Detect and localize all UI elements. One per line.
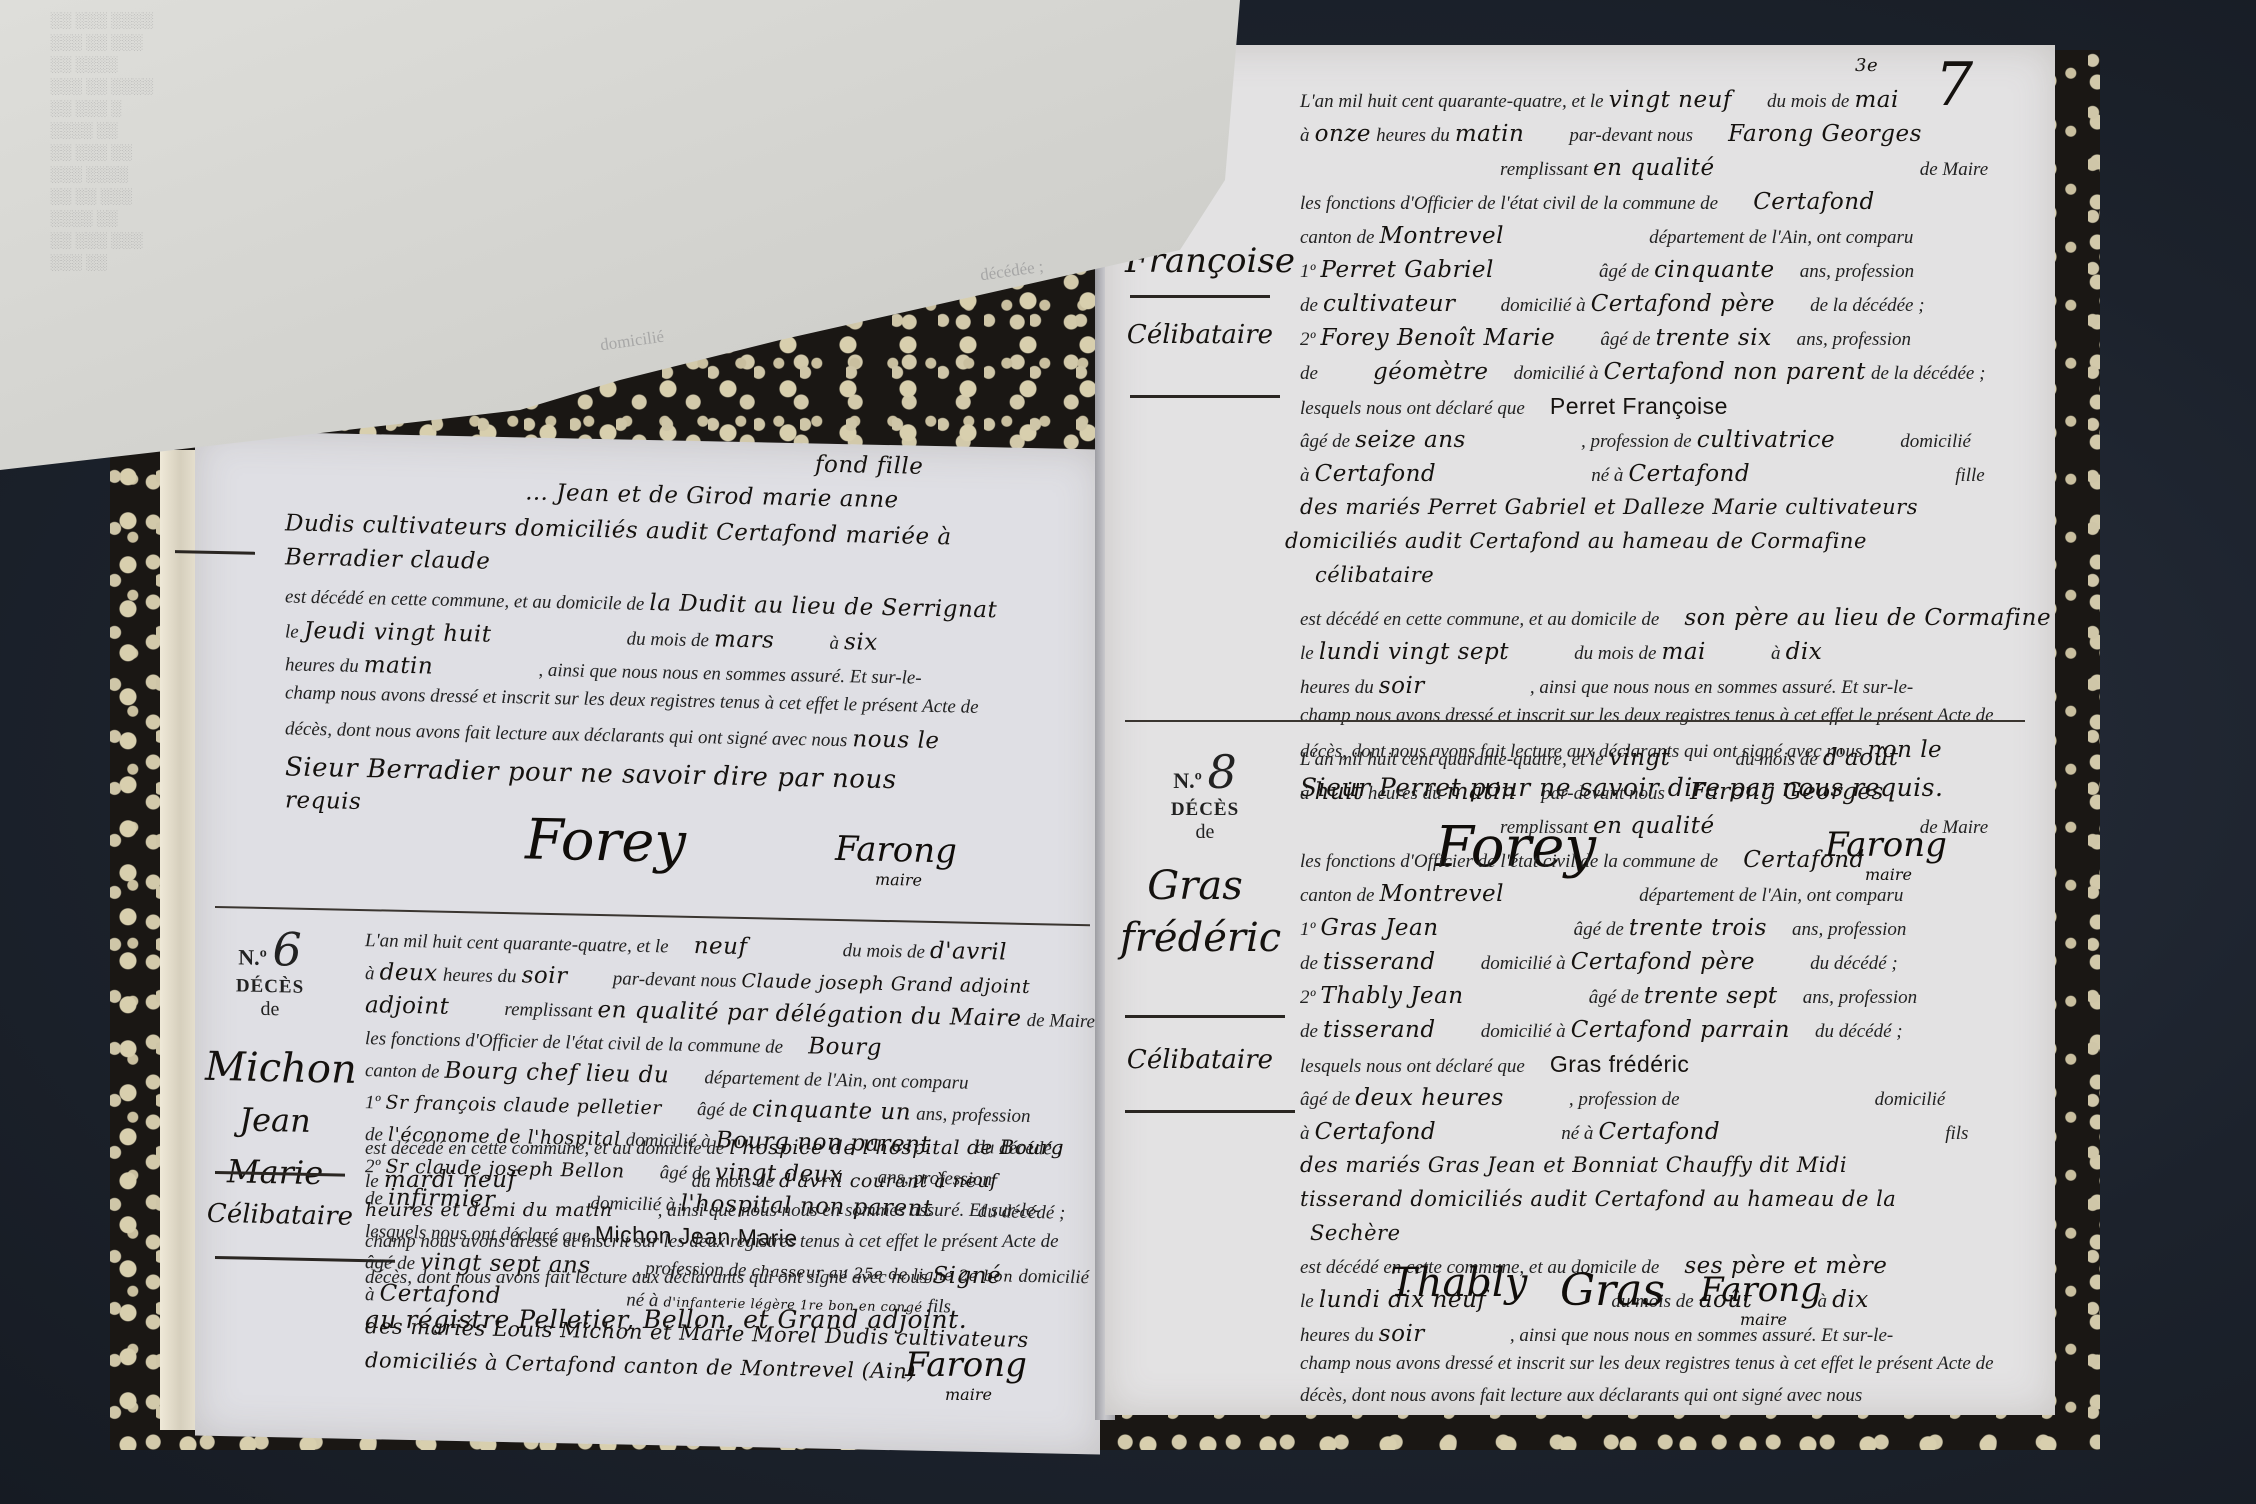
entry-separator — [215, 906, 1090, 926]
signature-thably: Thably — [1390, 1260, 1527, 1306]
folio-note: 3e — [1855, 55, 1878, 76]
margin-divider — [1130, 395, 1280, 398]
signature-gras: Gras — [1560, 1265, 1665, 1316]
parents-line-1: des mariés Perret Gabriel et Dalleze Mar… — [1300, 495, 1918, 519]
closing-declaration: Sieur Berradier pour ne savoir dire par … — [285, 752, 897, 795]
canton-line: canton de Bourg chef lieu du département… — [365, 1056, 969, 1095]
death-hour-line: heures et demi du matin , ainsi que nous… — [365, 1199, 1041, 1222]
closing-line-2: décès, dont nous avons fait lecture aux … — [365, 1263, 1001, 1289]
deceased-age-line: âgé de seize ans , profession de cultiva… — [1300, 427, 1971, 453]
entry-number: 8 — [1207, 745, 1236, 799]
entry-8-header: N.º 8 DÉCÈS de — [1130, 745, 1280, 844]
witness-2-line: 2º Forey Benoît Marie âgé de trente six … — [1300, 325, 1911, 351]
date-line: L'an mil huit cent quarante-quatre, et l… — [1300, 745, 1899, 771]
status-line: célibataire — [1315, 563, 1434, 587]
commune-line: les fonctions d'Officier de l'état civil… — [1300, 189, 1875, 215]
birthplace-line: à Certafond né à Certafond fils — [1300, 1119, 1968, 1145]
death-date-line: le mardi neuf du mois de d'avril courant… — [365, 1167, 997, 1193]
witness-2-domicile-line: de tisserand domicilié à Certafond parra… — [1300, 1017, 1903, 1043]
margin-divider — [1125, 1015, 1285, 1018]
loose-domicilie: domicilié — [599, 326, 666, 357]
birthplace-line: à Certafond né à Certafond fille — [1300, 461, 1985, 487]
entry-6-header: N.º 6 DÉCÈS de — [215, 921, 325, 1022]
death-place-line: est décédé en cette commune, et au domic… — [365, 1135, 1064, 1160]
commune-line: les fonctions d'Officier de l'état civil… — [365, 1024, 882, 1061]
death-place-line: est décédé en cette commune, et au domic… — [1300, 605, 2051, 631]
closing-line-1: champ nous avons dressé et inscrit sur l… — [365, 1231, 1059, 1253]
witness-2-line: 2º Thably Jean âgé de trente sept ans, p… — [1300, 983, 1917, 1009]
parents-line-1: des mariés Gras Jean et Bonniat Chauffy … — [1300, 1153, 1847, 1177]
death-date-line: le Jeudi vingt huit du mois de mars à si… — [285, 617, 878, 655]
signature-forey: Forey — [525, 807, 686, 875]
date-line: L'an mil huit cent quarante-quatre, et l… — [1300, 87, 1899, 113]
death-hour-line: heures du soir , ainsi que nous nous en … — [1300, 673, 1913, 699]
margin-divider — [1130, 295, 1270, 298]
signature-mayor: Farong maire — [835, 829, 957, 891]
canton-line: canton de Montrevel département de l'Ain… — [1300, 223, 1913, 249]
witness-1-line: 1º Gras Jean âgé de trente trois ans, pr… — [1300, 915, 1906, 941]
witness-1-domicile-line: de cultivateur domicilié à Certafond pèr… — [1300, 291, 1925, 317]
hour-officer-line: à deux heures du soir par-devant nous Cl… — [365, 959, 1030, 999]
witness-1-domicile-line: de tisserand domicilié à Certafond père … — [1300, 949, 1898, 975]
parents-line-2: domiciliés audit Certafond au hameau de … — [1285, 529, 1867, 553]
closing-line-2: décès, dont nous avons fait lecture aux … — [285, 714, 939, 754]
hour-officer-line: à huit heures du matin par-devant nous F… — [1300, 779, 1884, 805]
closing-requis: requis — [285, 787, 361, 815]
role-line: remplissant en qualité de Maire — [1300, 813, 1988, 839]
death-date-line: le lundi vingt sept du mois de mai à dix — [1300, 639, 1822, 665]
loose-decedee: décédée ; — [979, 256, 1045, 287]
bleed-through-text: ░░ ░░░ ░░░░░░░ ░░ ░░░░░ ░░░░░░░ ░░ ░░░░░… — [50, 10, 170, 274]
margin-divider — [1125, 1110, 1295, 1113]
partial-line-3: Berradier claude — [285, 544, 490, 574]
hour-officer-line: à onze heures du matin par-devant nous F… — [1300, 121, 1922, 147]
witness-2-domicile-line: de géomètre domicilié à Certafond non pa… — [1300, 359, 1985, 385]
signature-note: au régistre Pelletier, Bellon, et Grand … — [365, 1305, 967, 1334]
deceased-age-line: âgé de deux heures , profession de domic… — [1300, 1085, 1945, 1111]
folio-number: 7 — [1935, 50, 1973, 120]
deceased-line: lesquels nous ont déclaré que Gras frédé… — [1300, 1051, 1689, 1078]
margin-status: Célibataire — [1125, 1045, 1275, 1075]
partial-line-1: … Jean et de Girod marie anne — [525, 479, 899, 513]
margin-deceased-name: Gras frédéric — [1120, 860, 1270, 964]
margin-status: Célibataire — [1125, 320, 1275, 350]
date-line: L'an mil huit cent quarante-quatre, et l… — [365, 926, 1007, 965]
parents-line-2: domiciliés à Certafond canton de Montrev… — [365, 1348, 916, 1384]
parents-line-3: Sechère — [1310, 1221, 1401, 1245]
closing-line-2: décès, dont nous avons fait lecture aux … — [1300, 1385, 1862, 1407]
page-stack-edge — [160, 450, 200, 1430]
signature-mayor: Farong maire — [905, 1345, 1027, 1404]
right-page: 7 3e Françoise Célibataire L'an mil huit… — [1105, 45, 2055, 1415]
entry-separator — [1125, 720, 2025, 722]
closing-line-1: champ nous avons dressé et inscrit sur l… — [1300, 1353, 1994, 1375]
partial-line-2: Dudis cultivateurs domiciliés audit Cert… — [285, 510, 952, 550]
role-line: remplissant en qualité de Maire — [1300, 155, 1988, 181]
deceased-line: lesquels nous ont déclaré que Perret Fra… — [1300, 393, 1728, 420]
parents-line-2: tisserand domiciliés audit Certafond au … — [1300, 1187, 1896, 1211]
partial-line-0: fond fille — [815, 452, 923, 480]
canton-line: canton de Montrevel département de l'Ain… — [1300, 881, 1903, 907]
death-place-line: est décédé en cette commune, et au domic… — [285, 582, 997, 623]
left-page: fond fille … Jean et de Girod marie anne… — [195, 431, 1100, 1455]
signature-mayor: Farong maire — [1700, 1270, 1822, 1329]
entry-number: 6 — [272, 922, 301, 977]
commune-line: les fonctions d'Officier de l'état civil… — [1300, 847, 1865, 873]
witness-1-line: 1º Perret Gabriel âgé de cinquante ans, … — [1300, 257, 1914, 283]
margin-status: Célibataire — [205, 1199, 355, 1232]
